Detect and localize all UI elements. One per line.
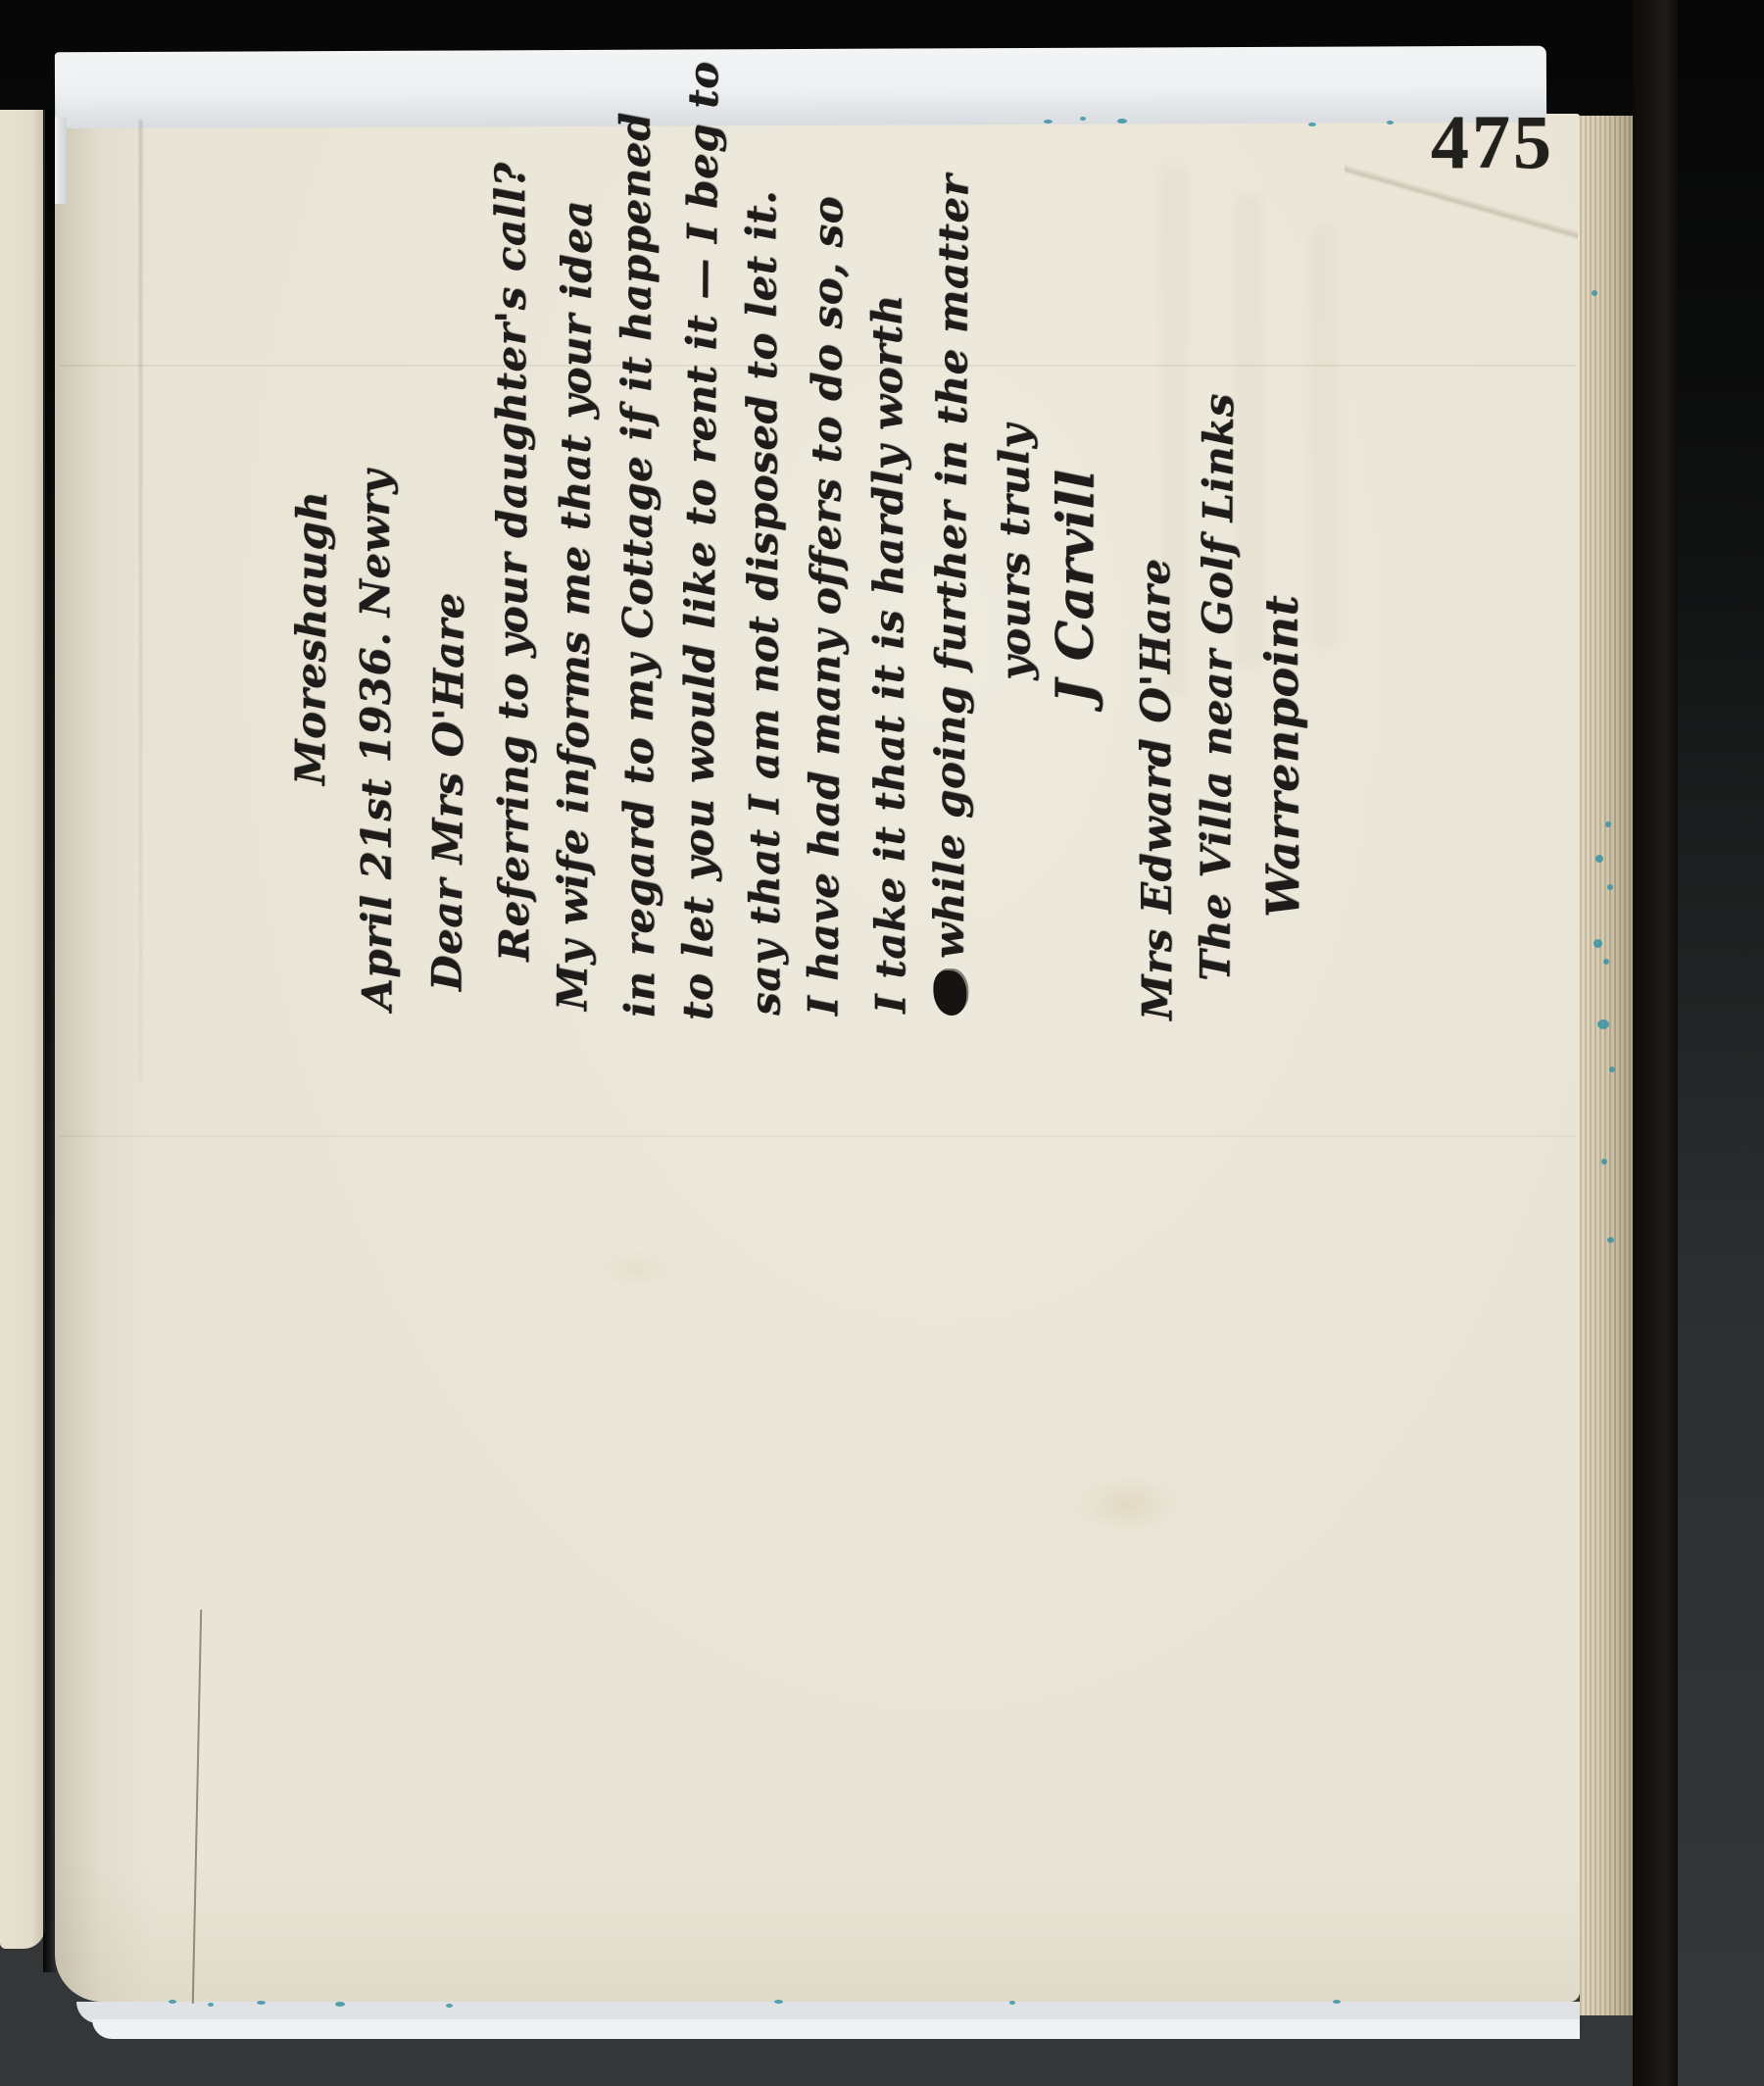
paper-fold-line-lower	[59, 1135, 1576, 1137]
ink-speck	[1333, 2000, 1341, 2004]
handwritten-letter: Moreshaugh April 21st 1936. Newry Dear M…	[281, 129, 1379, 1045]
fore-edge-speck	[1597, 1019, 1609, 1029]
letter-signature: J Carvill	[1044, 129, 1110, 704]
ink-speck	[774, 2000, 783, 2004]
letter-body-line: I take it that it is hardly worth	[856, 129, 923, 1014]
paper-stain	[1073, 1475, 1181, 1534]
letter-text-rotated: Moreshaugh April 21st 1936. Newry Dear M…	[281, 129, 1379, 1045]
ink-speck	[1308, 123, 1316, 126]
recipient-name: Mrs Edward O'Hare	[1122, 129, 1190, 1020]
ink-speck	[208, 2003, 214, 2007]
previous-page-edge-top	[55, 46, 1546, 129]
letter-body-line: to let you would like to rent it — I beg…	[666, 129, 735, 1020]
letter-body-line: while going further in the matter	[917, 129, 986, 1016]
previous-page-edge-fold	[55, 118, 67, 204]
underlying-sheet-edge-2	[92, 2019, 1580, 2039]
ink-speck	[1044, 120, 1053, 124]
fore-edge-speck	[1601, 1159, 1607, 1165]
fore-edge-speck	[1607, 1237, 1614, 1243]
fore-edge-speck	[1607, 884, 1613, 890]
letter-closing: yours truly	[982, 129, 1048, 680]
letter-date: April 21st 1936. Newry	[342, 129, 410, 1011]
letter-body-line: My wife informs me that your idea	[541, 129, 609, 1011]
fore-edge-speck	[1592, 290, 1597, 296]
book-scan-stage: 475 Moreshaugh April 21st 1936. Newry De…	[0, 0, 1764, 2086]
fore-edge-speck	[1593, 939, 1602, 948]
letter-body-line: in regard to my Cottage if it happened	[605, 129, 672, 1018]
paper-crease-vertical	[139, 120, 142, 1080]
letter-place: Moreshaugh	[279, 129, 346, 785]
ink-speck	[1080, 117, 1086, 121]
ink-blot	[933, 970, 966, 1016]
fore-edge-speck	[1595, 855, 1603, 863]
ink-speck	[1387, 121, 1394, 124]
ink-speck	[335, 2002, 345, 2007]
ink-speck	[257, 2001, 266, 2005]
facing-page-sliver	[0, 110, 45, 1949]
ink-speck	[1117, 119, 1127, 124]
letter-salutation: Dear Mrs O'Hare	[416, 129, 483, 991]
book-fore-edge	[1580, 116, 1635, 2015]
fore-edge-speck	[1609, 1067, 1615, 1072]
page-number: 475	[1431, 98, 1607, 186]
book-cover-edge	[1633, 0, 1678, 2086]
ink-speck	[1009, 2001, 1015, 2005]
ink-speck	[169, 2000, 176, 2004]
recipient-address-2: Warrenpoint	[1248, 129, 1314, 918]
recipient-address-1: The Villa near Golf Links	[1184, 129, 1251, 981]
letter-body-line: I have had many offers to do so, so	[792, 129, 860, 1016]
letter-body-line: Referring to your daughter's call?	[479, 129, 546, 962]
ink-speck	[446, 2004, 453, 2008]
paper-stain	[598, 1250, 676, 1289]
fore-edge-speck	[1605, 821, 1611, 827]
letter-body-line: say that I am not disposed to let it.	[730, 129, 798, 1016]
letter-body-line-text: while going further in the matter	[925, 174, 978, 959]
fore-edge-speck	[1603, 959, 1609, 965]
